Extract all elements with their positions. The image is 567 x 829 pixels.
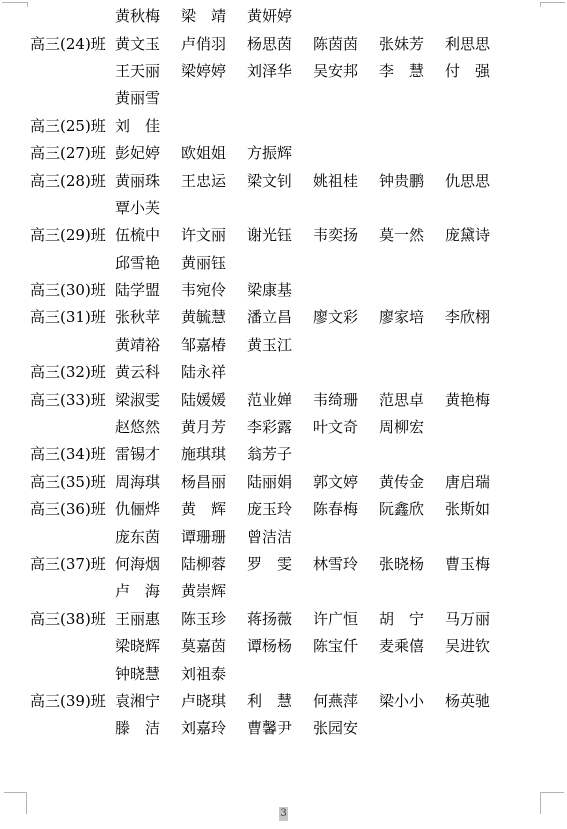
class-label: 高三(36)班 [30,498,115,519]
roster-row: 庞东茵谭珊珊曾洁洁 [0,522,567,549]
student-name: 陆学盟 [115,279,181,300]
student-name: 范业婵 [247,389,313,410]
student-name: 雷锡才 [115,443,181,464]
student-name: 黄丽雪 [115,87,181,108]
student-name: 陆永祥 [181,361,247,382]
roster-row: 黄靖裕邹嘉椿黄玉江 [0,331,567,358]
student-name: 庞玉玲 [247,498,313,519]
student-name: 彭妃婷 [115,142,181,163]
student-name: 邱雪艳 [115,252,181,273]
student-name: 黄云科 [115,361,181,382]
student-name: 邹嘉椿 [181,334,247,355]
student-name: 周海琪 [115,471,181,492]
document-page: 黄秋梅梁 靖黄妍婷高三(24)班黄文玉卢俏羽杨思茵陈茵茵张妹芳利思思王天丽梁婷婷… [0,0,567,829]
student-name: 王天丽 [115,60,181,81]
class-label: 高三(31)班 [30,306,115,327]
student-name: 黄丽珠 [115,170,181,191]
student-name: 付 强 [445,60,511,81]
student-name: 黄丽钰 [181,252,247,273]
roster-row: 高三(28)班黄丽珠王忠运梁文钊姚祖桂钟贵鹏仇思思 [0,166,567,193]
student-name: 胡 宁 [379,608,445,629]
student-name: 曹玉梅 [445,553,511,574]
student-name: 梁小小 [379,690,445,711]
student-name: 何海烟 [115,553,181,574]
student-name: 梁婷婷 [181,60,247,81]
student-name: 陆丽娟 [247,471,313,492]
class-label: 高三(34)班 [30,443,115,464]
student-name: 陈春梅 [313,498,379,519]
student-name: 廖家培 [379,306,445,327]
student-name: 马万丽 [445,608,511,629]
student-name: 吴进钦 [445,635,511,656]
student-name: 刘嘉玲 [181,717,247,738]
student-name: 潘立昌 [247,306,313,327]
roster-row: 高三(34)班雷锡才施琪琪翁芳子 [0,440,567,467]
student-name: 张妹芳 [379,33,445,54]
roster-row: 卢 海黄崇辉 [0,577,567,604]
class-label: 高三(32)班 [30,361,115,382]
student-name: 许广恒 [313,608,379,629]
student-name: 张园安 [313,717,379,738]
roster-row: 高三(27)班彭妃婷欧姐姐方振辉 [0,139,567,166]
student-name: 王忠运 [181,170,247,191]
student-name: 郭文婷 [313,471,379,492]
student-name: 钟贵鹏 [379,170,445,191]
student-name: 韦绮珊 [313,389,379,410]
student-name: 张斯如 [445,498,511,519]
roster-row: 梁晓辉莫嘉茵谭杨杨陈宝仟麦乘僖吴进钦 [0,632,567,659]
student-name: 欧姐姐 [181,142,247,163]
roster-row: 滕 洁刘嘉玲曹馨尹张园安 [0,714,567,741]
student-name: 罗 雯 [247,553,313,574]
student-name: 陈玉珍 [181,608,247,629]
roster-row: 钟晓慧刘祖泰 [0,659,567,686]
student-name: 刘 佳 [115,115,181,136]
student-name: 钟晓慧 [115,663,181,684]
student-name: 曾洁洁 [247,526,313,547]
student-name: 黄文玉 [115,33,181,54]
student-name: 陈宝仟 [313,635,379,656]
page-footer: 3 [0,801,567,821]
student-name: 陈茵茵 [313,33,379,54]
student-name: 莫一然 [379,224,445,245]
roster-row: 覃小芙 [0,194,567,221]
roster-row: 高三(39)班袁湘宁卢晓琪利 慧何燕萍梁小小杨英驰 [0,687,567,714]
student-name: 杨昌丽 [181,471,247,492]
student-name: 赵悠然 [115,416,181,437]
student-name: 陆柳蓉 [181,553,247,574]
student-name: 利思思 [445,33,511,54]
class-label: 高三(29)班 [30,224,115,245]
roster-row: 黄秋梅梁 靖黄妍婷 [0,2,567,29]
student-name: 谭珊珊 [181,526,247,547]
roster-row: 高三(24)班黄文玉卢俏羽杨思茵陈茵茵张妹芳利思思 [0,29,567,56]
student-name: 仇俪烨 [115,498,181,519]
student-name: 杨思茵 [247,33,313,54]
class-label: 高三(30)班 [30,279,115,300]
student-name: 唐启瑞 [445,471,511,492]
roster-row: 高三(32)班黄云科陆永祥 [0,358,567,385]
student-name: 卢晓琪 [181,690,247,711]
student-name: 刘祖泰 [181,663,247,684]
student-name: 曹馨尹 [247,717,313,738]
student-name: 何燕萍 [313,690,379,711]
student-name: 梁淑雯 [115,389,181,410]
student-name: 黄崇辉 [181,580,247,601]
roster-row: 高三(35)班周海琪杨昌丽陆丽娟郭文婷黄传金唐启瑞 [0,468,567,495]
roster-row: 王天丽梁婷婷刘泽华吴安邦李 慧付 强 [0,57,567,84]
class-label: 高三(38)班 [30,608,115,629]
student-name: 吴安邦 [313,60,379,81]
roster-row: 高三(29)班伍梳中许文丽谢光钰韦奕扬莫一然庞黛诗 [0,221,567,248]
student-name: 方振辉 [247,142,313,163]
student-name: 莫嘉茵 [181,635,247,656]
student-name: 林雪玲 [313,553,379,574]
student-name: 谭杨杨 [247,635,313,656]
roster-row: 高三(37)班何海烟陆柳蓉罗 雯林雪玲张晓杨曹玉梅 [0,550,567,577]
student-name: 翁芳子 [247,443,313,464]
student-name: 张晓杨 [379,553,445,574]
roster-row: 高三(31)班张秋苹黄毓慧潘立昌廖文彩廖家培李欣栩 [0,303,567,330]
student-name: 黄传金 [379,471,445,492]
student-name: 麦乘僖 [379,635,445,656]
student-name: 庞黛诗 [445,224,511,245]
roster-row: 高三(30)班陆学盟韦宛伶梁康基 [0,276,567,303]
student-name: 卢 海 [115,580,181,601]
student-name: 黄秋梅 [115,5,181,26]
student-name: 李彩露 [247,416,313,437]
student-name: 黄月芳 [181,416,247,437]
class-roster-table: 黄秋梅梁 靖黄妍婷高三(24)班黄文玉卢俏羽杨思茵陈茵茵张妹芳利思思王天丽梁婷婷… [0,2,567,742]
student-name: 许文丽 [181,224,247,245]
student-name: 庞东茵 [115,526,181,547]
student-name: 梁晓辉 [115,635,181,656]
student-name: 阮鑫欣 [379,498,445,519]
student-name: 周柳宏 [379,416,445,437]
class-label: 高三(33)班 [30,389,115,410]
student-name: 黄艳梅 [445,389,511,410]
class-label: 高三(25)班 [30,115,115,136]
roster-row: 黄丽雪 [0,84,567,111]
page-number-field: 3 [279,807,287,821]
roster-row: 邱雪艳黄丽钰 [0,249,567,276]
student-name: 卢俏羽 [181,33,247,54]
student-name: 范思卓 [379,389,445,410]
student-name: 刘泽华 [247,60,313,81]
class-label: 高三(39)班 [30,690,115,711]
roster-row: 高三(25)班刘 佳 [0,112,567,139]
student-name: 谢光钰 [247,224,313,245]
roster-row: 高三(33)班梁淑雯陆媛媛范业婵韦绮珊范思卓黄艳梅 [0,385,567,412]
class-label: 高三(37)班 [30,553,115,574]
student-name: 梁康基 [247,279,313,300]
student-name: 施琪琪 [181,443,247,464]
class-label: 高三(35)班 [30,471,115,492]
student-name: 陆媛媛 [181,389,247,410]
class-label: 高三(28)班 [30,170,115,191]
roster-row: 高三(36)班仇俪烨黄 辉庞玉玲陈春梅阮鑫欣张斯如 [0,495,567,522]
student-name: 黄妍婷 [247,5,313,26]
class-label: 高三(24)班 [30,33,115,54]
class-label: 高三(27)班 [30,142,115,163]
student-name: 姚祖桂 [313,170,379,191]
student-name: 李欣栩 [445,306,511,327]
student-name: 叶文奇 [313,416,379,437]
roster-row: 赵悠然黄月芳李彩露叶文奇周柳宏 [0,413,567,440]
student-name: 伍梳中 [115,224,181,245]
student-name: 黄毓慧 [181,306,247,327]
student-name: 仇思思 [445,170,511,191]
roster-row: 高三(38)班王丽惠陈玉珍蒋扬薇许广恒胡 宁马万丽 [0,605,567,632]
student-name: 李 慧 [379,60,445,81]
student-name: 袁湘宁 [115,690,181,711]
student-name: 王丽惠 [115,608,181,629]
student-name: 利 慧 [247,690,313,711]
student-name: 覃小芙 [115,197,181,218]
student-name: 韦宛伶 [181,279,247,300]
student-name: 韦奕扬 [313,224,379,245]
student-name: 梁 靖 [181,5,247,26]
student-name: 廖文彩 [313,306,379,327]
student-name: 蒋扬薇 [247,608,313,629]
student-name: 梁文钊 [247,170,313,191]
student-name: 黄 辉 [181,498,247,519]
student-name: 黄靖裕 [115,334,181,355]
student-name: 滕 洁 [115,717,181,738]
student-name: 黄玉江 [247,334,313,355]
student-name: 杨英驰 [445,690,511,711]
student-name: 张秋苹 [115,306,181,327]
